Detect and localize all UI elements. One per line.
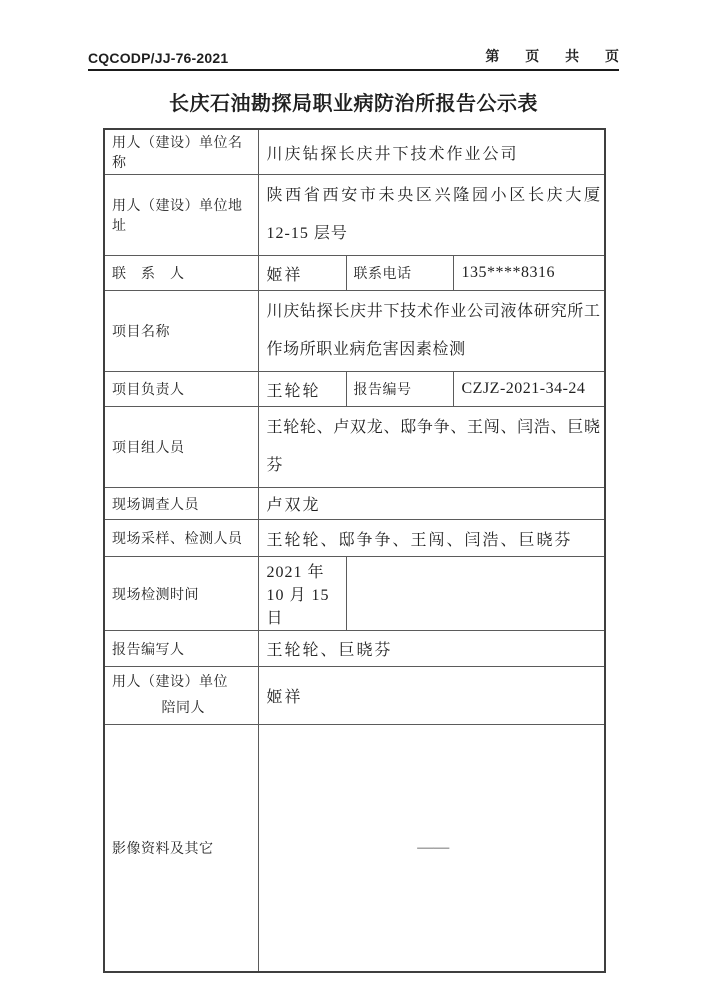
document-code: CQCODP/JJ-76-2021 [88, 50, 228, 66]
table-row: 项目负责人 王轮轮 报告编号 CZJZ-2021-34-24 [104, 372, 605, 407]
cell-contact-phone: 135****8316 [453, 256, 605, 291]
table-row: 联 系 人 姬祥 联系电话 135****8316 [104, 256, 605, 291]
row-label-report-writers: 报告编写人 [104, 631, 258, 667]
table-row: 影像资料及其它 —— [104, 725, 605, 972]
table-row: 用人（建设）单位名称 川庆钻探长庆井下技术作业公司 [104, 129, 605, 175]
page-number-marker: 第 页 共 页 [485, 46, 619, 66]
row-label-project-leader: 项目负责人 [104, 372, 258, 407]
row-label-report-number: 报告编号 [346, 372, 453, 407]
cell-image-materials: —— [258, 725, 605, 972]
cell-accompanying-person: 姬祥 [258, 667, 605, 725]
table-row: 报告编写人 王轮轮、巨晓芬 [104, 631, 605, 667]
row-label-contact-person: 联 系 人 [104, 256, 258, 291]
row-label-unit-name: 用人（建设）单位名称 [104, 129, 258, 175]
table-row: 项目名称 川庆钻探长庆井下技术作业公司液体研究所工 作场所职业病危害因素检测 [104, 291, 605, 372]
table-row: 项目组人员 王轮轮、卢双龙、邸争争、王闯、闫浩、巨晓 芬 [104, 407, 605, 488]
cell-site-survey: 卢双龙 [258, 488, 605, 520]
table-row: 现场采样、检测人员 王轮轮、邸争争、王闯、闫浩、巨晓芬 [104, 520, 605, 557]
cell-sampling-personnel: 王轮轮、邸争争、王闯、闫浩、巨晓芬 [258, 520, 605, 557]
row-label-testing-date: 现场检测时间 [104, 557, 258, 631]
row-label-project-name: 项目名称 [104, 291, 258, 372]
project-name-line-2: 作场所职业病危害因素检测 [267, 331, 601, 369]
address-line-2: 12-15 层号 [267, 215, 601, 253]
page-header: CQCODP/JJ-76-2021 第 页 共 页 [88, 46, 619, 71]
report-publicity-table: 用人（建设）单位名称 川庆钻探长庆井下技术作业公司 用人（建设）单位地址 陕西省… [103, 128, 606, 973]
row-label-contact-phone: 联系电话 [346, 256, 453, 291]
row-label-site-survey: 现场调查人员 [104, 488, 258, 520]
accompanying-label-line-2: 陪同人 [112, 696, 255, 722]
row-label-project-team: 项目组人员 [104, 407, 258, 488]
cell-report-writers: 王轮轮、巨晓芬 [258, 631, 605, 667]
project-name-line-1: 川庆钻探长庆井下技术作业公司液体研究所工 [267, 293, 601, 331]
cell-testing-date: 2021 年 10 月 15 日 [258, 557, 346, 631]
table-row: 用人（建设）单位 陪同人 姬祥 [104, 667, 605, 725]
address-line-1: 陕西省西安市未央区兴隆园小区长庆大厦 [267, 177, 601, 215]
cell-project-team: 王轮轮、卢双龙、邸争争、王闯、闫浩、巨晓 芬 [258, 407, 605, 488]
cell-unit-address: 陕西省西安市未央区兴隆园小区长庆大厦 12-15 层号 [258, 175, 605, 256]
project-team-line-2: 芬 [267, 447, 601, 485]
cell-project-leader: 王轮轮 [258, 372, 346, 407]
document-title: 长庆石油勘探局职业病防治所报告公示表 [0, 87, 707, 116]
accompanying-label-line-1: 用人（建设）单位 [112, 670, 255, 696]
project-team-line-1: 王轮轮、卢双龙、邸争争、王闯、闫浩、巨晓 [267, 409, 601, 447]
document-page: CQCODP/JJ-76-2021 第 页 共 页 长庆石油勘探局职业病防治所报… [0, 0, 707, 1000]
cell-report-number: CZJZ-2021-34-24 [453, 372, 605, 407]
cell-contact-person: 姬祥 [258, 256, 346, 291]
cell-project-name: 川庆钻探长庆井下技术作业公司液体研究所工 作场所职业病危害因素检测 [258, 291, 605, 372]
row-label-unit-address: 用人（建设）单位地址 [104, 175, 258, 256]
row-label-sampling-personnel: 现场采样、检测人员 [104, 520, 258, 557]
row-label-accompanying-person: 用人（建设）单位 陪同人 [104, 667, 258, 725]
table-row: 用人（建设）单位地址 陕西省西安市未央区兴隆园小区长庆大厦 12-15 层号 [104, 175, 605, 256]
cell-unit-name: 川庆钻探长庆井下技术作业公司 [258, 129, 605, 175]
table-row: 现场检测时间 2021 年 10 月 15 日 [104, 557, 605, 631]
table-row: 现场调查人员 卢双龙 [104, 488, 605, 520]
row-label-image-materials: 影像资料及其它 [104, 725, 258, 972]
